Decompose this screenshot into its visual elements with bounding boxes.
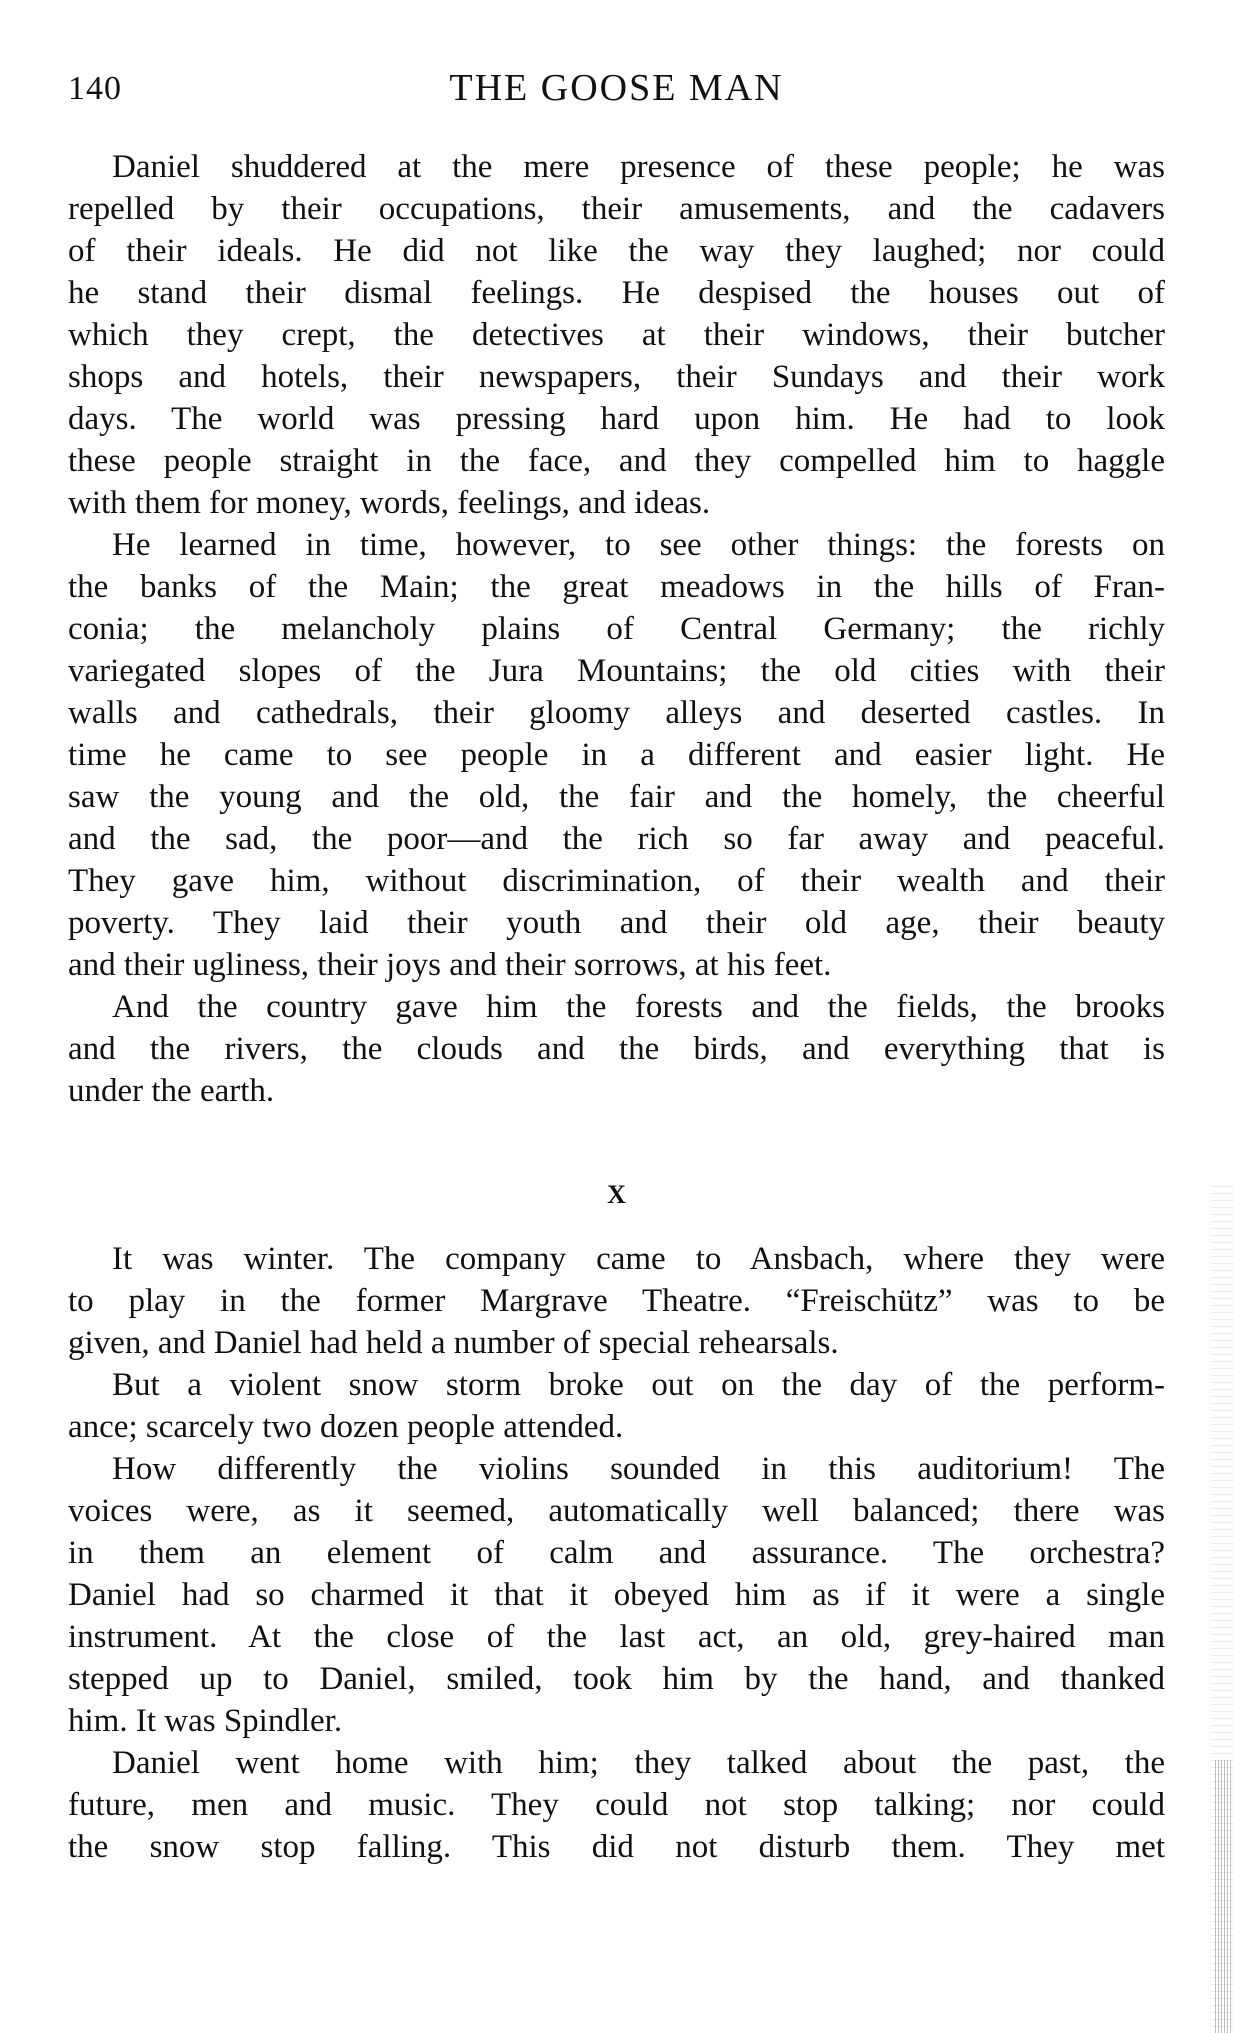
text-line: ance; scarcely two dozen people attended… [68,1406,1165,1448]
text-line: But a violent snow storm broke out on th… [112,1364,1165,1406]
page-edge-shadow [1215,1760,1233,2033]
text-line: of their ideals. He did not like the way… [68,230,1165,272]
text-line: which they crept, the detectives at thei… [68,314,1165,356]
text-line: Daniel had so charmed it that it obeyed … [68,1574,1165,1616]
text-line: instrument. At the close of the last act… [68,1616,1165,1658]
text-line: They gave him, without discrimination, o… [68,860,1165,902]
text-line: days. The world was pressing hard upon h… [68,398,1165,440]
text-line: time he came to see people in a differen… [68,734,1165,776]
text-line: It was winter. The company came to Ansba… [112,1238,1165,1280]
text-line: poverty. They laid their youth and their… [68,902,1165,944]
text-line: saw the young and the old, the fair and … [68,776,1165,818]
text-line: the snow stop falling. This did not dist… [68,1826,1165,1868]
text-line: in them an element of calm and assurance… [68,1532,1165,1574]
text-line: He learned in time, however, to see othe… [112,524,1165,566]
text-line: Daniel went home with him; they talked a… [112,1742,1165,1784]
text-line: these people straight in the face, and t… [68,440,1165,482]
text-line: given, and Daniel had held a number of s… [68,1322,1165,1364]
text-line: with them for money, words, feelings, an… [68,482,1165,524]
text-line: variegated slopes of the Jura Mountains;… [68,650,1165,692]
text-line: walls and cathedrals, their gloomy alley… [68,692,1165,734]
text-line: and the rivers, the clouds and the birds… [68,1028,1165,1070]
text-line: and the sad, the poor—and the rich so fa… [68,818,1165,860]
text-line: him. It was Spindler. [68,1700,1165,1742]
text-line: conia; the melancholy plains of Central … [68,608,1165,650]
text-line: the banks of the Main; the great meadows… [68,566,1165,608]
section-number: X [0,1180,1233,1210]
book-page: 140 THE GOOSE MAN Daniel shuddered at th… [0,0,1233,2033]
running-title: THE GOOSE MAN [68,66,1165,110]
text-line: shops and hotels, their newspapers, thei… [68,356,1165,398]
text-line: Daniel shuddered at the mere presence of… [112,146,1165,188]
text-line: voices were, as it seemed, automatically… [68,1490,1165,1532]
text-line: stepped up to Daniel, smiled, took him b… [68,1658,1165,1700]
text-line: How differently the violins sounded in t… [112,1448,1165,1490]
text-line: to play in the former Margrave Theatre. … [68,1280,1165,1322]
text-line: he stand their dismal feelings. He despi… [68,272,1165,314]
text-line: And the country gave him the forests and… [112,986,1165,1028]
page-header: 140 THE GOOSE MAN [68,66,1165,116]
text-line: under the earth. [68,1070,1165,1112]
text-line: and their ugliness, their joys and their… [68,944,1165,986]
text-line: repelled by their occupations, their amu… [68,188,1165,230]
text-line: future, men and music. They could not st… [68,1784,1165,1826]
